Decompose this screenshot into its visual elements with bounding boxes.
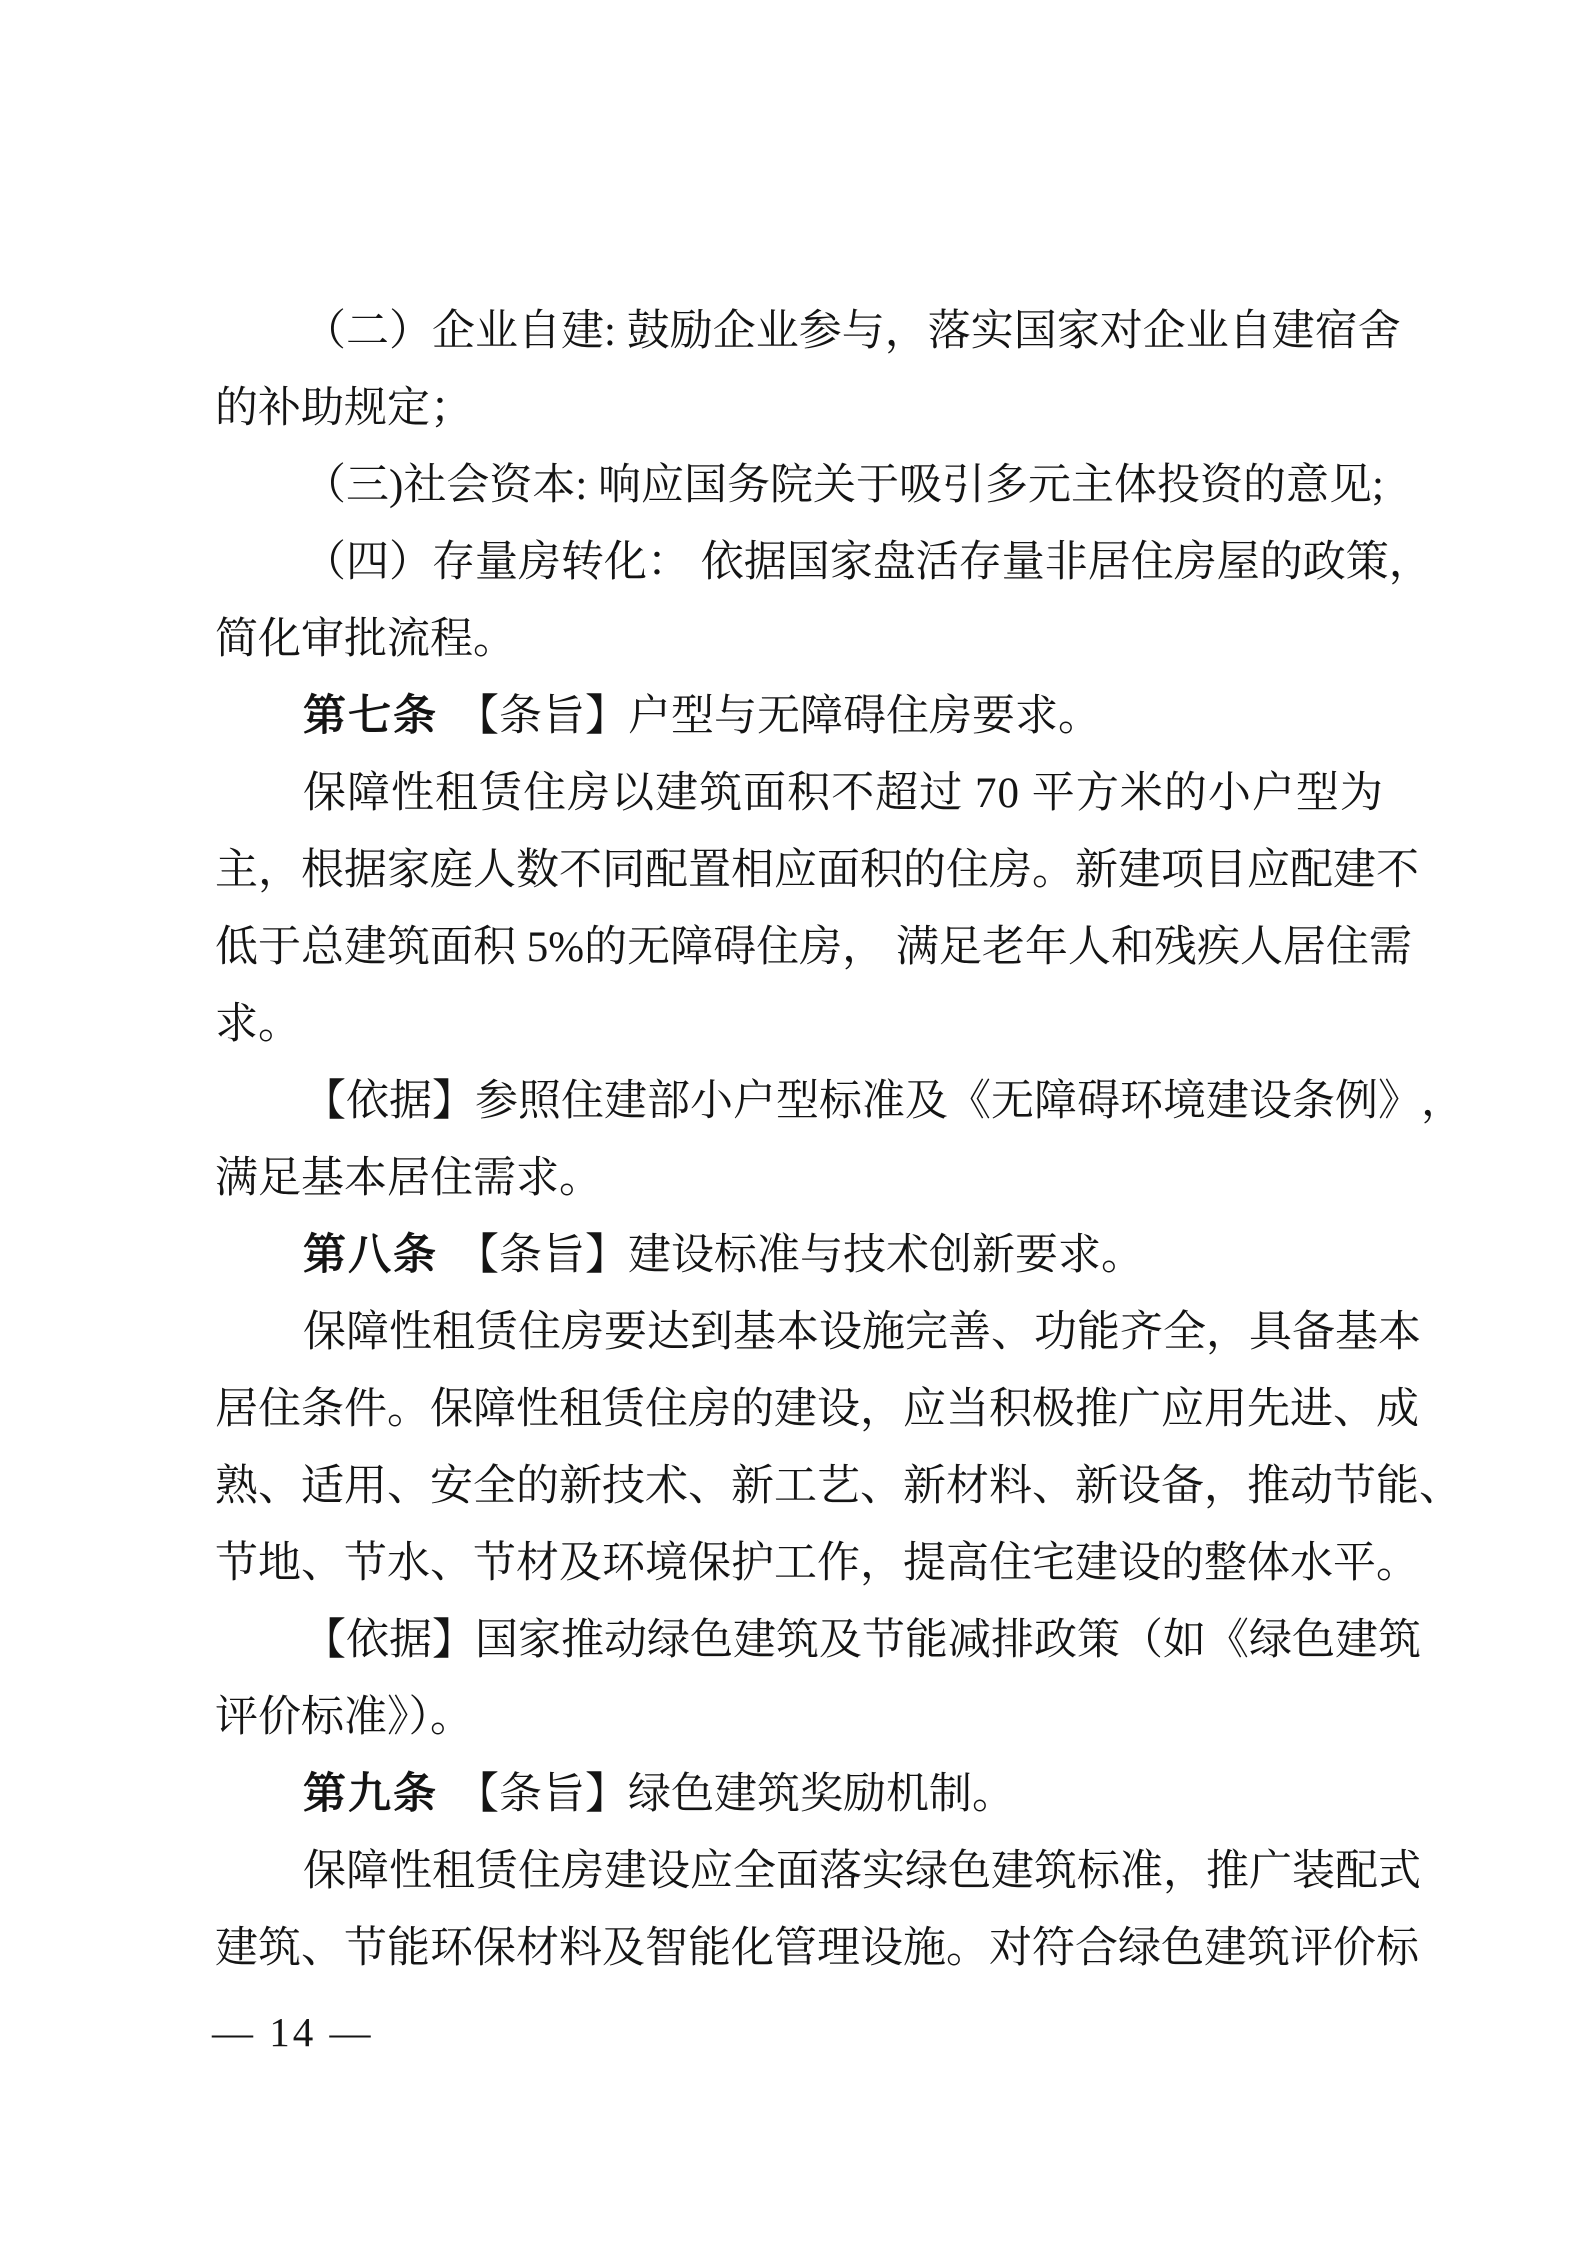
article-number: 第七条	[303, 692, 438, 740]
text-line: 满足基本居住需求。	[215, 1140, 1383, 1217]
article-heading: 第九条【条旨】绿色建筑奖励机制。	[215, 1756, 1383, 1833]
text-line: 简化审批流程。	[215, 601, 1383, 678]
text-line: 求。	[215, 986, 1383, 1063]
text-line: 评价标准》）。	[215, 1679, 1383, 1756]
text-line: （四）存量房转化： 依据国家盘活存量非居住房屋的政策，	[215, 524, 1383, 601]
text-line: 主，根据家庭人数不同配置相应面积的住房。新建项目应配建不	[215, 832, 1383, 909]
text-line: 建筑、节能环保材料及智能化管理设施。对符合绿色建筑评价标	[215, 1910, 1383, 1987]
article-heading: 第八条【条旨】建设标准与技术创新要求。	[215, 1217, 1383, 1294]
text-line: 保障性租赁住房建设应全面落实绿色建筑标准，推广装配式	[215, 1833, 1383, 1910]
text-line: 保障性租赁住房以建筑面积不超过 70 平方米的小户型为	[215, 755, 1383, 832]
text-line: 低于总建筑面积 5%的无障碍住房， 满足老年人和残疾人居住需	[215, 909, 1383, 986]
page-number: — 14 —	[212, 2008, 374, 2056]
document-page: （二）企业自建: 鼓励企业参与，落实国家对企业自建宿舍的补助规定；（三)社会资本…	[0, 0, 1587, 2245]
article-number: 第八条	[303, 1231, 438, 1279]
text-line: 的补助规定；	[215, 370, 1383, 447]
text-line: （二）企业自建: 鼓励企业参与，落实国家对企业自建宿舍	[215, 293, 1383, 370]
article-number: 第九条	[303, 1770, 438, 1818]
text-line: 熟、适用、安全的新技术、新工艺、新材料、新设备，推动节能、	[215, 1448, 1383, 1525]
text-line: 节地、节水、节材及环境保护工作，提高住宅建设的整体水平。	[215, 1525, 1383, 1602]
text-line: 【依据】国家推动绿色建筑及节能减排政策（如《绿色建筑	[215, 1602, 1383, 1679]
text-line: 【依据】参照住建部小户型标准及《无障碍环境建设条例》，	[215, 1063, 1383, 1140]
document-body: （二）企业自建: 鼓励企业参与，落实国家对企业自建宿舍的补助规定；（三)社会资本…	[215, 293, 1383, 1987]
article-heading: 第七条【条旨】户型与无障碍住房要求。	[215, 678, 1383, 755]
text-line: （三)社会资本: 响应国务院关于吸引多元主体投资的意见;	[215, 447, 1383, 524]
text-line: 居住条件。保障性租赁住房的建设，应当积极推广应用先进、成	[215, 1371, 1383, 1448]
text-line: 保障性租赁住房要达到基本设施完善、功能齐全，具备基本	[215, 1294, 1383, 1371]
